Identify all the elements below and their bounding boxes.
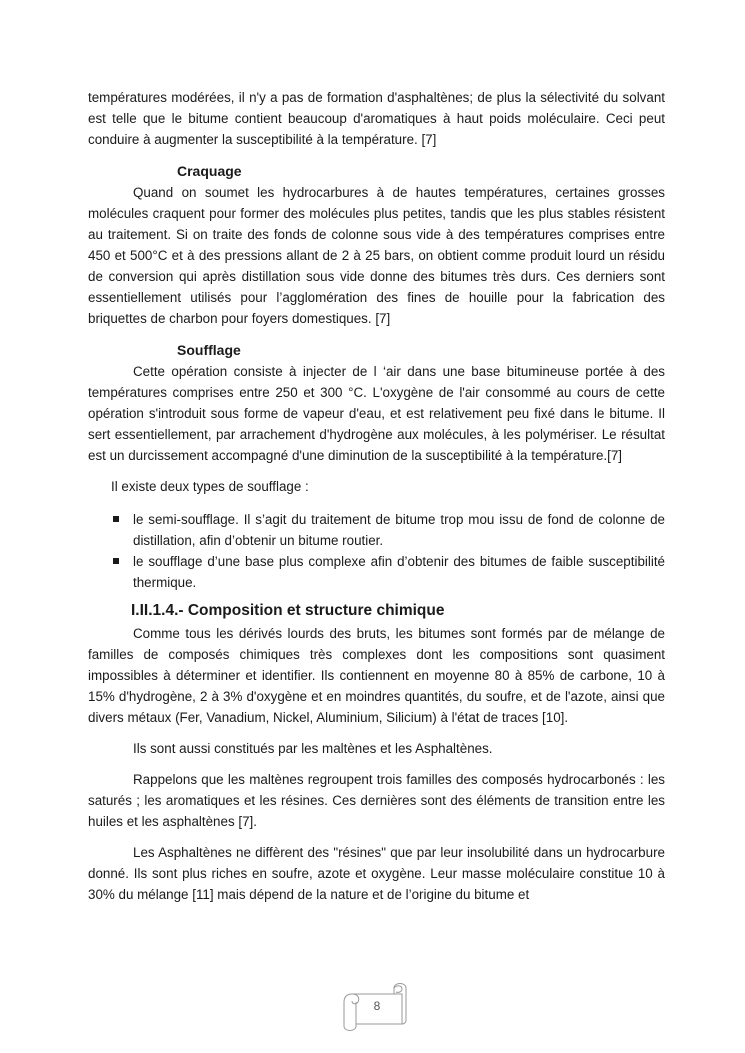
page-footer: 8: [338, 980, 410, 1032]
heading-craquage: Craquage: [177, 160, 665, 182]
heading-soufflage: Soufflage: [177, 339, 665, 361]
list-item-text: le soufflage d’une base plus complexe af…: [133, 554, 665, 590]
paragraph-intro: températures modérées, il n'y a pas de f…: [88, 87, 665, 150]
list-item-text: le semi-soufflage. Il s’agit du traiteme…: [133, 512, 665, 548]
square-bullet-icon: [113, 516, 119, 522]
soufflage-types-lead: Il existe deux types de soufflage :: [111, 476, 665, 497]
document-page: températures modérées, il n'y a pas de f…: [88, 87, 665, 905]
paragraph-composition-3: Rappelons que les maltènes regroupent tr…: [88, 769, 665, 832]
paragraph-craquage: Quand on soumet les hydrocarbures à de h…: [88, 182, 665, 329]
paragraph-soufflage: Cette opération consiste à injecter de l…: [88, 361, 665, 466]
page-number: 8: [338, 999, 416, 1013]
paragraph-composition-1: Comme tous les dérivés lourds des bruts,…: [88, 623, 665, 728]
paragraph-composition-4: Les Asphaltènes ne diffèrent des "résine…: [88, 842, 665, 905]
heading-composition: I.II.1.4.- Composition et structure chim…: [131, 599, 665, 623]
paragraph-composition-2: Ils sont aussi constitués par les maltèn…: [88, 738, 665, 759]
list-item: le semi-soufflage. Il s’agit du traiteme…: [88, 509, 665, 551]
square-bullet-icon: [113, 558, 119, 564]
soufflage-types-list: le semi-soufflage. Il s’agit du traiteme…: [88, 509, 665, 593]
list-item: le soufflage d’une base plus complexe af…: [88, 551, 665, 593]
